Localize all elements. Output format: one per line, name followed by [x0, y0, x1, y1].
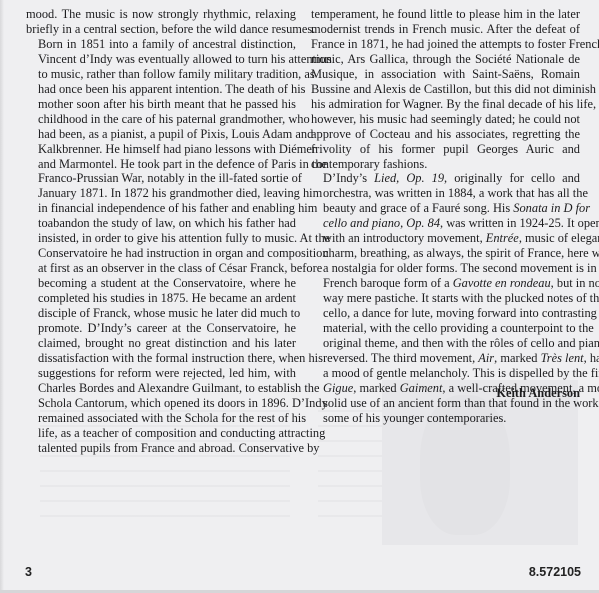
- author-signature: Keith Anderson: [311, 386, 580, 401]
- text-line: becoming a student at the Conservatoire,…: [26, 276, 296, 291]
- text-segment: reversed. The third movement,: [323, 351, 478, 365]
- paragraph: mood. The music is now strongly rhythmic…: [26, 7, 296, 37]
- text-line: approve of Cocteau and his associates, r…: [311, 127, 580, 142]
- booklet-page: mood. The music is now strongly rhythmic…: [0, 0, 599, 593]
- text-segment: a nostalgia for older forms. The second …: [323, 261, 599, 275]
- italic-title: Entrée: [486, 231, 519, 245]
- text-line: in financial independence of his father …: [26, 201, 296, 216]
- text-line: Vincent d’Indy was eventually allowed to…: [26, 52, 296, 67]
- left-text-column: mood. The music is now strongly rhythmic…: [26, 7, 296, 456]
- paragraph: Born in 1851 into a family of ancestral …: [26, 37, 296, 456]
- text-line: Schola Cantorum, which opened its doors …: [26, 396, 296, 411]
- italic-title: Très lent: [541, 351, 584, 365]
- text-line: with an introductory movement, Entrée, m…: [311, 231, 580, 246]
- text-line: frivolity of his former pupil Georges Au…: [311, 142, 580, 157]
- text-line: Musique, in association with Saint-Saëns…: [311, 67, 580, 82]
- right-text-column: temperament, he found little to please h…: [311, 7, 580, 426]
- text-line: had been, as a pianist, a pupil of Pixis…: [26, 127, 296, 142]
- text-segment: original theme, and then with the rôles …: [323, 336, 599, 350]
- text-line: toabandon the study of law, on which his…: [26, 216, 296, 231]
- text-line: modernist trends in French music. After …: [311, 22, 580, 37]
- text-line: dissatisfaction with the formal instruct…: [26, 351, 296, 366]
- text-line: cello, a dance for lute, moving forward …: [311, 306, 580, 321]
- text-segment: way mere pastiche. It starts with the pl…: [323, 291, 599, 305]
- text-segment: orchestra, was written in 1884, a work t…: [323, 186, 588, 200]
- text-segment: , music of elegant: [519, 231, 599, 245]
- text-segment: D’Indy’s: [323, 171, 374, 185]
- text-line: charm, breathing, as always, the spirit …: [311, 246, 580, 261]
- text-line: original theme, and then with the rôles …: [311, 336, 580, 351]
- text-line: life, as a teacher of composition and co…: [26, 426, 296, 441]
- text-line: insisted, in order to give his attention…: [26, 231, 296, 246]
- text-line: Born in 1851 into a family of ancestral …: [26, 37, 296, 52]
- text-line: Kalkbrenner. He himself had piano lesson…: [26, 142, 296, 157]
- text-line: mother soon after his birth meant that h…: [26, 97, 296, 112]
- text-line: a mood of gentle melancholy. This is dis…: [311, 366, 580, 381]
- italic-title: Gavotte en rondeau: [453, 276, 551, 290]
- text-line: French baroque form of a Gavotte en rond…: [311, 276, 580, 291]
- text-line: a nostalgia for older forms. The second …: [311, 261, 580, 276]
- text-line: Conservatoire he had instruction in orga…: [26, 246, 296, 261]
- italic-title: Air: [478, 351, 494, 365]
- text-line: reversed. The third movement, Air, marke…: [311, 351, 580, 366]
- text-line: D’Indy’s Lied, Op. 19, originally for ce…: [311, 171, 580, 186]
- text-segment: beauty and grace of a Fauré song. His: [323, 201, 513, 215]
- text-line: temperament, he found little to please h…: [311, 7, 580, 22]
- text-line: January 1871. In 1872 his grandmother di…: [26, 186, 296, 201]
- italic-title: cello and piano, Op. 84: [323, 216, 440, 230]
- text-line: had once been his apparent intention. Th…: [26, 82, 296, 97]
- text-line: childhood in the care of his paternal gr…: [26, 112, 296, 127]
- text-line: to music, rather than follow family mili…: [26, 67, 296, 82]
- text-line: Charles Bordes and Alexandre Guilmant, t…: [26, 381, 296, 396]
- text-line: suggestions for reform were rejected, le…: [26, 366, 296, 381]
- text-line: mood. The music is now strongly rhythmic…: [26, 7, 296, 22]
- italic-title: Lied, Op. 19: [374, 171, 444, 185]
- text-segment: some of his younger contemporaries.: [323, 411, 506, 425]
- text-segment: , marked: [494, 351, 540, 365]
- text-line: way mere pastiche. It starts with the pl…: [311, 291, 580, 306]
- text-segment: , originally for cello and: [444, 171, 580, 185]
- text-segment: , has: [584, 351, 599, 365]
- text-line: and Marmontel. He took part in the defen…: [26, 157, 296, 172]
- text-segment: with an introductory movement,: [323, 231, 486, 245]
- text-line: orchestra, was written in 1884, a work t…: [311, 186, 580, 201]
- text-line: cello and piano, Op. 84, was written in …: [311, 216, 580, 231]
- text-line: music, Ars Gallica, through the Société …: [311, 52, 580, 67]
- text-line: contemporary fashions.: [311, 157, 580, 172]
- text-line: however, his music had seemingly dated; …: [311, 112, 580, 127]
- text-line: his admiration for Wagner. By the final …: [311, 97, 580, 112]
- text-segment: charm, breathing, as always, the spirit …: [323, 246, 599, 260]
- text-line: disciple of Franck, whose music he later…: [26, 306, 296, 321]
- paragraph: temperament, he found little to please h…: [311, 7, 580, 171]
- text-segment: cello, a dance for lute, moving forward …: [323, 306, 597, 320]
- text-line: at first as an observer in the class of …: [26, 261, 296, 276]
- text-line: material, with the cello providing a cou…: [311, 321, 580, 336]
- italic-title: Sonata in D for: [513, 201, 590, 215]
- text-line: Bussine and Alexis de Castillon, but thi…: [311, 82, 580, 97]
- text-line: beauty and grace of a Fauré song. His So…: [311, 201, 580, 216]
- text-line: completed his studies in 1875. He became…: [26, 291, 296, 306]
- text-segment: , but in no: [551, 276, 599, 290]
- text-line: Franco-Prussian War, notably in the ill-…: [26, 171, 296, 186]
- text-segment: material, with the cello providing a cou…: [323, 321, 594, 335]
- text-line: briefly in a central section, before the…: [26, 22, 296, 37]
- text-line: France in 1871, he had joined the attemp…: [311, 37, 580, 52]
- text-segment: French baroque form of a: [323, 276, 453, 290]
- text-line: remained associated with the Schola for …: [26, 411, 296, 426]
- page-number: 3: [25, 565, 32, 579]
- text-line: claimed, brought no great distinction an…: [26, 336, 296, 351]
- text-line: promote. D’Indy’s career at the Conserva…: [26, 321, 296, 336]
- catalog-number: 8.572105: [529, 565, 581, 579]
- text-segment: , was written in 1924-25. It opens: [440, 216, 599, 230]
- text-segment: a mood of gentle melancholy. This is dis…: [323, 366, 599, 380]
- page-edge-shadow: [0, 0, 4, 593]
- text-line: talented pupils from France and abroad. …: [26, 441, 296, 456]
- text-line: some of his younger contemporaries.: [311, 411, 580, 426]
